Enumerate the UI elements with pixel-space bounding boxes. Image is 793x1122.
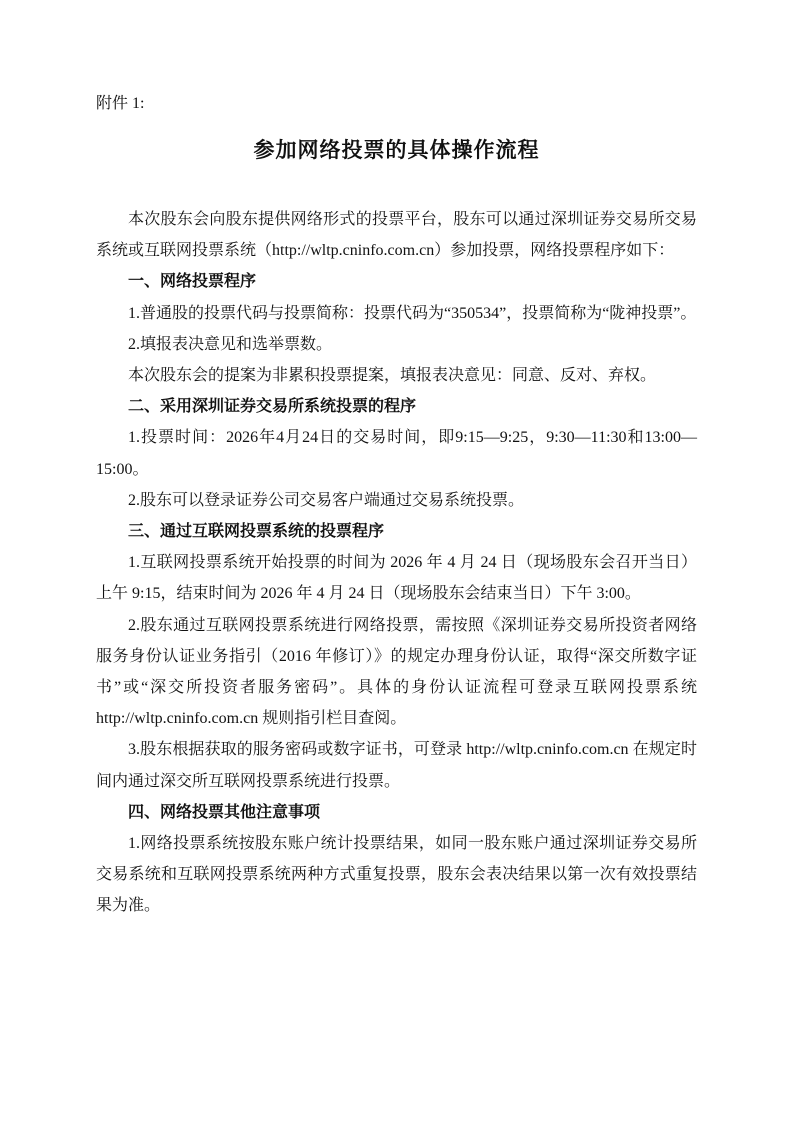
paragraph: 1.互联网投票系统开始投票的时间为 2026 年 4 月 24 日（现场股东会召… xyxy=(96,547,697,609)
section-heading: 三、通过互联网投票系统的投票程序 xyxy=(96,516,697,547)
attachment-label: 附件 1: xyxy=(96,88,697,119)
section-heading: 二、采用深圳证券交易所系统投票的程序 xyxy=(96,391,697,422)
paragraph: 2.填报表决意见和选举票数。 xyxy=(96,329,697,360)
paragraph: 本次股东会向股东提供网络形式的投票平台，股东可以通过深圳证券交易所交易系统或互联… xyxy=(96,204,697,266)
paragraph: 1.普通股的投票代码与投票简称：投票代码为“350534”，投票简称为“陇神投票… xyxy=(96,298,697,329)
paragraph: 1.网络投票系统按股东账户统计投票结果，如同一股东账户通过深圳证券交易所交易系统… xyxy=(96,828,697,922)
section-heading: 四、网络投票其他注意事项 xyxy=(96,797,697,828)
section-heading: 一、网络投票程序 xyxy=(96,266,697,297)
paragraph: 2.股东可以登录证券公司交易客户端通过交易系统投票。 xyxy=(96,485,697,516)
paragraph: 1.投票时间：2026年4月24日的交易时间，即9:15—9:25，9:30—1… xyxy=(96,422,697,484)
document-body: 本次股东会向股东提供网络形式的投票平台，股东可以通过深圳证券交易所交易系统或互联… xyxy=(96,204,697,922)
paragraph: 本次股东会的提案为非累积投票提案，填报表决意见：同意、反对、弃权。 xyxy=(96,360,697,391)
document-page: 附件 1: 参加网络投票的具体操作流程 本次股东会向股东提供网络形式的投票平台，… xyxy=(0,0,793,1122)
paragraph: 2.股东通过互联网投票系统进行网络投票，需按照《深圳证券交易所投资者网络服务身份… xyxy=(96,610,697,735)
paragraph: 3.股东根据获取的服务密码或数字证书，可登录 http://wltp.cninf… xyxy=(96,734,697,796)
document-title: 参加网络投票的具体操作流程 xyxy=(96,135,697,166)
